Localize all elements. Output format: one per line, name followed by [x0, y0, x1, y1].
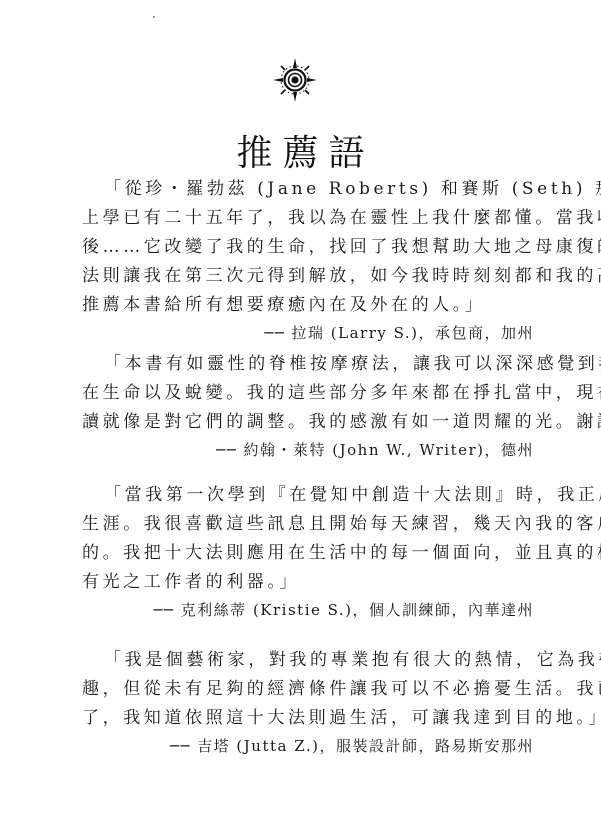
- scan-speck: [153, 16, 155, 18]
- compass-sun-ornament-icon: [271, 56, 319, 104]
- quote-line: 讀就像是對它們的調整。我的感激有如一道閃耀的光。謝謝！」: [60, 408, 538, 437]
- quote-line: 「本書有如靈性的脊椎按摩療法，讓我可以深深感覺到我的心靈、內: [60, 350, 538, 379]
- testimonial-attribution: ── 拉瑞 (Larry S.)，承包商，加州: [60, 320, 538, 346]
- quote-line: 生涯。我很喜歡這些訊息且開始每天練習，幾天內我的客户名單都是滿: [60, 510, 538, 539]
- testimonial-john: 「本書有如靈性的脊椎按摩療法，讓我可以深深感覺到我的心靈、內 在生命以及蛻變。我…: [60, 350, 538, 463]
- testimonial-attribution: ── 克利絲蒂 (Kristie S.)，個人訓練師，內華達州: [60, 597, 538, 623]
- quote-line: 「當我第一次學到『在覺知中創造十大法則』時，我正展開新的職業: [60, 481, 538, 510]
- testimonial-quote: 「當我第一次學到『在覺知中創造十大法則』時，我正展開新的職業 生涯。我很喜歡這些…: [60, 481, 538, 597]
- testimonial-quote: 「我是個藝術家，對我的專業抱有很大的熱情，它為我帶來很多樂 趣，但從未有足夠的經…: [60, 646, 538, 733]
- page-title: 推薦語: [0, 132, 601, 176]
- quote-line: 法則讓我在第三次元得到解放，如今我時時刻刻都和我的高我溝通。我: [60, 262, 538, 291]
- quote-line: 推薦本書給所有想要療癒內在及外在的人。」: [60, 291, 538, 320]
- book-page: 推薦語 「從珍・羅勃茲 (Jane Roberts) 和賽斯 (Seth) 那時…: [0, 0, 601, 816]
- testimonial-jutta: 「我是個藝術家，對我的專業抱有很大的熱情，它為我帶來很多樂 趣，但從未有足夠的經…: [60, 646, 538, 759]
- testimonial-attribution: ── 吉塔 (Jutta Z.)，服裝設計師，路易斯安那州: [60, 733, 538, 759]
- testimonial-quote: 「本書有如靈性的脊椎按摩療法，讓我可以深深感覺到我的心靈、內 在生命以及蛻變。我…: [60, 350, 538, 437]
- testimonial-attribution: ── 約翰・萊特 (John W., Writer)，德州: [60, 437, 538, 463]
- testimonial-quote: 「從珍・羅勃茲 (Jane Roberts) 和賽斯 (Seth) 那時算起，我…: [60, 175, 538, 320]
- quote-line: 的。我把十大法則應用在生活中的每一個面向，並且真的相信這是給所: [60, 539, 538, 568]
- quote-line: 了，我知道依照這十大法則過生活，可讓我達到目的地。」: [60, 704, 538, 733]
- quote-line: 「從珍・羅勃茲 (Jane Roberts) 和賽斯 (Seth) 那時算起，我…: [60, 175, 538, 204]
- quote-line: 後……它改變了我的生命，找回了我想幫助大地之母康復的熱情。十大: [60, 233, 538, 262]
- testimonial-kristie: 「當我第一次學到『在覺知中創造十大法則』時，我正展開新的職業 生涯。我很喜歡這些…: [60, 481, 538, 623]
- quote-line: 有光之工作者的利器。」: [60, 568, 538, 597]
- quote-line: 上學已有二十五年了，我以為在靈性上我什麼都懂。當我收到這本書之: [60, 204, 538, 233]
- quote-line: 在生命以及蛻變。我的這些部分多年來都在掙扎當中，現在每一次的閱: [60, 379, 538, 408]
- quote-line: 「我是個藝術家，對我的專業抱有很大的熱情，它為我帶來很多樂: [60, 646, 538, 675]
- quote-line: 趣，但從未有足夠的經濟條件讓我可以不必擔憂生活。我已經準備好: [60, 675, 538, 704]
- testimonial-larry: 「從珍・羅勃茲 (Jane Roberts) 和賽斯 (Seth) 那時算起，我…: [60, 175, 538, 346]
